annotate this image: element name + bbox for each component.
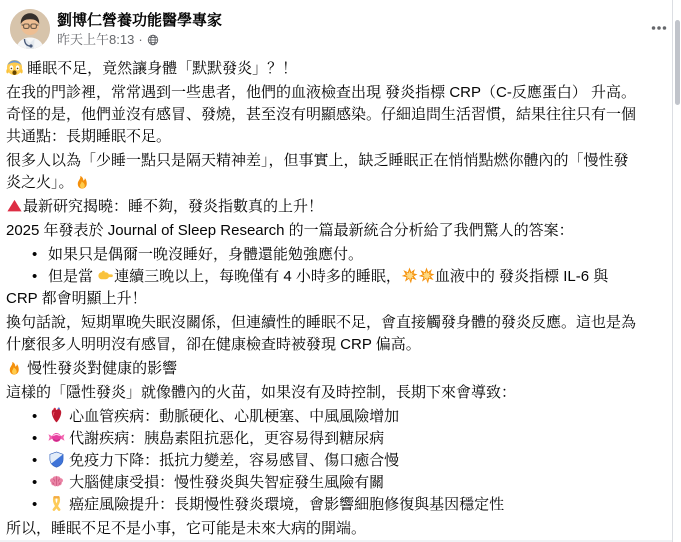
post-list-item: • 免疫力下降：抵抗力變差，容易感冒、傷口癒合慢 xyxy=(6,450,640,472)
post-list: • 心血管疾病：動脈硬化、心肌梗塞、中風風險增加• 代謝疾病：胰島素阻抗惡化，更… xyxy=(6,406,640,516)
backhand-index-right-icon xyxy=(97,267,114,284)
bullet-marker: • xyxy=(32,494,48,516)
post-text: 大腦健康受損：慢性發炎與失智症發生風險有關 xyxy=(65,474,384,491)
post-text: 所以，睡眠不足不是小事，它可能是未來大病的開端。 xyxy=(6,520,366,537)
avatar[interactable] xyxy=(10,9,50,49)
bullet-marker: • xyxy=(32,406,48,428)
post-text: 心血管疾病：動脈硬化、心肌梗塞、中風風險增加 xyxy=(65,408,399,425)
post-paragraph: 很多人以為「少睡一點只是隔天精神差」，但事實上，缺乏睡眠正在悄悄點燃你體內的「慢… xyxy=(6,150,640,194)
post-text: 最新研究揭曉：睡不夠，發炎指數真的上升！ xyxy=(23,198,323,215)
post-text: 睡眠不足，竟然讓身體「默默發炎」？！ xyxy=(23,60,297,77)
post-text: 在我的門診裡，常常遇到一些患者，他們的血液檢查出現 發炎指標 CRP（C-反應蛋… xyxy=(6,84,636,145)
fire-icon xyxy=(6,359,23,376)
scrollbar-thumb[interactable] xyxy=(675,20,680,105)
post-content: 睡眠不足，竟然讓身體「默默發炎」？！在我的門診裡，常常遇到一些患者，他們的血液檢… xyxy=(0,58,654,540)
post-text: 慢性發炎對健康的影響 xyxy=(23,360,177,377)
page-name[interactable]: 劉博仁營養功能醫學專家 xyxy=(57,11,222,30)
post-text: 代謝疾病：胰島素阻抗惡化，更容易得到糖尿病 xyxy=(65,430,384,447)
bullet-marker: • xyxy=(32,266,48,288)
post-list-item: • 心血管疾病：動脈硬化、心肌梗塞、中風風險增加 xyxy=(6,406,640,428)
fire-icon xyxy=(74,173,91,190)
more-horizontal-icon xyxy=(651,25,667,31)
red-triangle-icon xyxy=(6,197,23,214)
bullet-marker: • xyxy=(32,450,48,472)
post-text: 連續三晚以上，每晚僅有 4 小時多的睡眠， xyxy=(114,268,401,285)
post-text: 換句話說，短期單晚失眠沒關係，但連續性的睡眠不足，會直接觸發身體的發炎反應。這也… xyxy=(6,314,636,353)
post-paragraph: 睡眠不足，竟然讓身體「默默發炎」？！ xyxy=(6,58,640,80)
post-list-item: •但是當 連續三晚以上，每晚僅有 4 小時多的睡眠，血液中的 發炎指標 IL-6… xyxy=(6,266,640,310)
post-text: 免疫力下降：抵抗力變差，容易感冒、傷口癒合慢 xyxy=(65,452,399,469)
post-text: 如果只是偶爾一晚沒睡好，身體還能勉強應付。 xyxy=(48,246,363,263)
post-meta: 昨天上午8:13 · xyxy=(57,32,222,48)
timestamp[interactable]: 昨天上午8:13 xyxy=(57,32,134,48)
collision-icon xyxy=(418,267,435,284)
bullet-marker: • xyxy=(32,472,48,494)
anatomical-heart-icon xyxy=(48,407,65,424)
more-options-button[interactable] xyxy=(645,16,673,40)
post-list-item: • 大腦健康受損：慢性發炎與失智症發生風險有關 xyxy=(6,472,640,494)
post-paragraph: 所以，睡眠不足不是小事，它可能是未來大病的開端。 xyxy=(6,518,640,540)
bullet-marker: • xyxy=(32,244,48,266)
post-paragraph: 最新研究揭曉：睡不夠，發炎指數真的上升！ xyxy=(6,196,640,218)
post-paragraph: 慢性發炎對健康的影響 xyxy=(6,358,640,380)
post-list-item: •如果只是偶爾一晚沒睡好，身體還能勉強應付。 xyxy=(6,244,640,266)
post-paragraph: 2025 年發表於 Journal of Sleep Research 的一篇最… xyxy=(6,220,640,242)
post-list-item: • 癌症風險提升：長期慢性發炎環境，會影響細胞修復與基因穩定性 xyxy=(6,494,640,516)
post-text: 但是當 xyxy=(48,268,97,285)
globe-privacy-icon xyxy=(147,34,159,46)
post-text: 癌症風險提升：長期慢性發炎環境，會影響細胞修復與基因穩定性 xyxy=(65,496,504,513)
post-paragraph: 換句話說，短期單晚失眠沒關係，但連續性的睡眠不足，會直接觸發身體的發炎反應。這也… xyxy=(6,312,640,356)
shield-icon xyxy=(48,451,65,468)
post-header: 劉博仁營養功能醫學專家 昨天上午8:13 · xyxy=(0,0,681,58)
post-text: 2025 年發表於 Journal of Sleep Research 的一篇最… xyxy=(6,222,574,239)
post-list: •如果只是偶爾一晚沒睡好，身體還能勉強應付。•但是當 連續三晚以上，每晚僅有 4… xyxy=(6,244,640,310)
post-paragraph: 在我的門診裡，常常遇到一些患者，他們的血液檢查出現 發炎指標 CRP（C-反應蛋… xyxy=(6,82,640,148)
scrollbar[interactable] xyxy=(672,0,681,542)
bullet-marker: • xyxy=(32,428,48,450)
post-list-item: • 代謝疾病：胰島素阻抗惡化，更容易得到糖尿病 xyxy=(6,428,640,450)
candy-icon xyxy=(48,429,65,446)
post-text: 這樣的「隱性發炎」就像體內的火苗，如果沒有及時控制，長期下來會導致： xyxy=(6,384,516,401)
post-text: 很多人以為「少睡一點只是隔天精神差」，但事實上，缺乏睡眠正在悄悄點燃你體內的「慢… xyxy=(6,152,629,191)
meta-separator: · xyxy=(138,32,142,48)
scream-face-icon xyxy=(6,59,23,76)
post-paragraph: 這樣的「隱性發炎」就像體內的火苗，如果沒有及時控制，長期下來會導致： xyxy=(6,382,640,404)
brain-icon xyxy=(48,473,65,490)
collision-icon xyxy=(401,267,418,284)
reminder-ribbon-icon xyxy=(48,495,65,512)
